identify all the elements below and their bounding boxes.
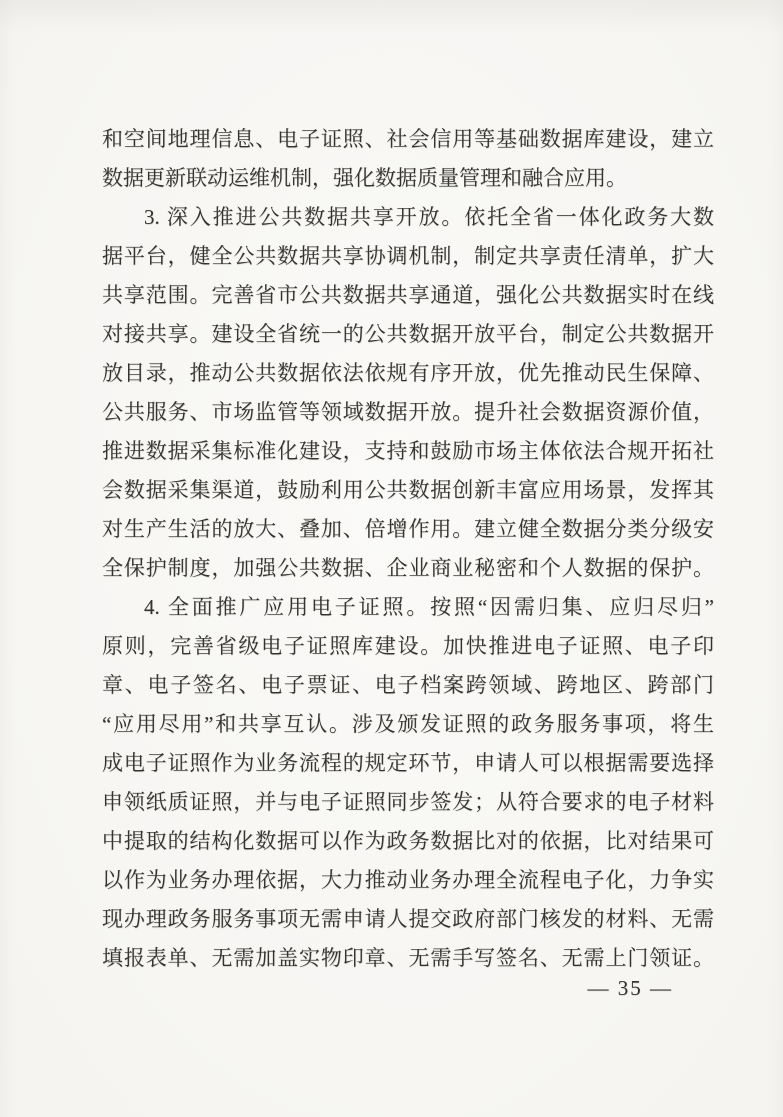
text-line: 据平台，健全公共数据共享协调机制，制定共享责任清单，扩大 xyxy=(102,237,714,276)
text-line: 对接共享。建设全省统一的公共数据开放平台，制定公共数据开 xyxy=(102,315,714,354)
text-line: 推进数据采集标准化建设，支持和鼓励市场主体依法合规开拓社 xyxy=(102,432,714,471)
text-line: 对生产生活的放大、叠加、倍增作用。建立健全数据分类分级安 xyxy=(102,510,714,549)
text-line: 以作为业务办理依据，大力推动业务办理全流程电子化，力争实 xyxy=(102,861,714,900)
text-line: 3. 深入推进公共数据共享开放。依托全省一体化政务大数 xyxy=(102,198,714,237)
text-line: 中提取的结构化数据可以作为政务数据比对的依据，比对结果可 xyxy=(102,822,714,861)
text-line: 和空间地理信息、电子证照、社会信用等基础数据库建设，建立 xyxy=(102,120,714,159)
text-line: 4. 全面推广应用电子证照。按照“因需归集、应归尽归” xyxy=(102,588,714,627)
text-line: 现办理政务服务事项无需申请人提交政府部门核发的材料、无需 xyxy=(102,900,714,939)
text-line: 成电子证照作为业务流程的规定环节，申请人可以根据需要选择 xyxy=(102,744,714,783)
text-line: 会数据采集渠道，鼓励利用公共数据创新丰富应用场景，发挥其 xyxy=(102,471,714,510)
document-body: 和空间地理信息、电子证照、社会信用等基础数据库建设，建立数据更新联动运维机制，强… xyxy=(102,120,714,978)
page-number: — 35 — xyxy=(588,976,674,1001)
text-line: “应用尽用”和共享互认。涉及颁发证照的政务服务事项，将生 xyxy=(102,705,714,744)
text-line: 章、电子签名、电子票证、电子档案跨领域、跨地区、跨部门 xyxy=(102,666,714,705)
text-line: 全保护制度，加强公共数据、企业商业秘密和个人数据的保护。 xyxy=(102,549,714,588)
document-page: 和空间地理信息、电子证照、社会信用等基础数据库建设，建立数据更新联动运维机制，强… xyxy=(0,0,783,1117)
text-line: 原则，完善省级电子证照库建设。加快推进电子证照、电子印 xyxy=(102,627,714,666)
text-line: 公共服务、市场监管等领域数据开放。提升社会数据资源价值， xyxy=(102,393,714,432)
text-line: 申领纸质证照，并与电子证照同步签发；从符合要求的电子材料 xyxy=(102,783,714,822)
text-line: 放目录，推动公共数据依法依规有序开放，优先推动民生保障、 xyxy=(102,354,714,393)
text-line: 填报表单、无需加盖实物印章、无需手写签名、无需上门领证。 xyxy=(102,939,714,978)
text-line: 共享范围。完善省市公共数据共享通道，强化公共数据实时在线 xyxy=(102,276,714,315)
text-line: 数据更新联动运维机制，强化数据质量管理和融合应用。 xyxy=(102,159,714,198)
